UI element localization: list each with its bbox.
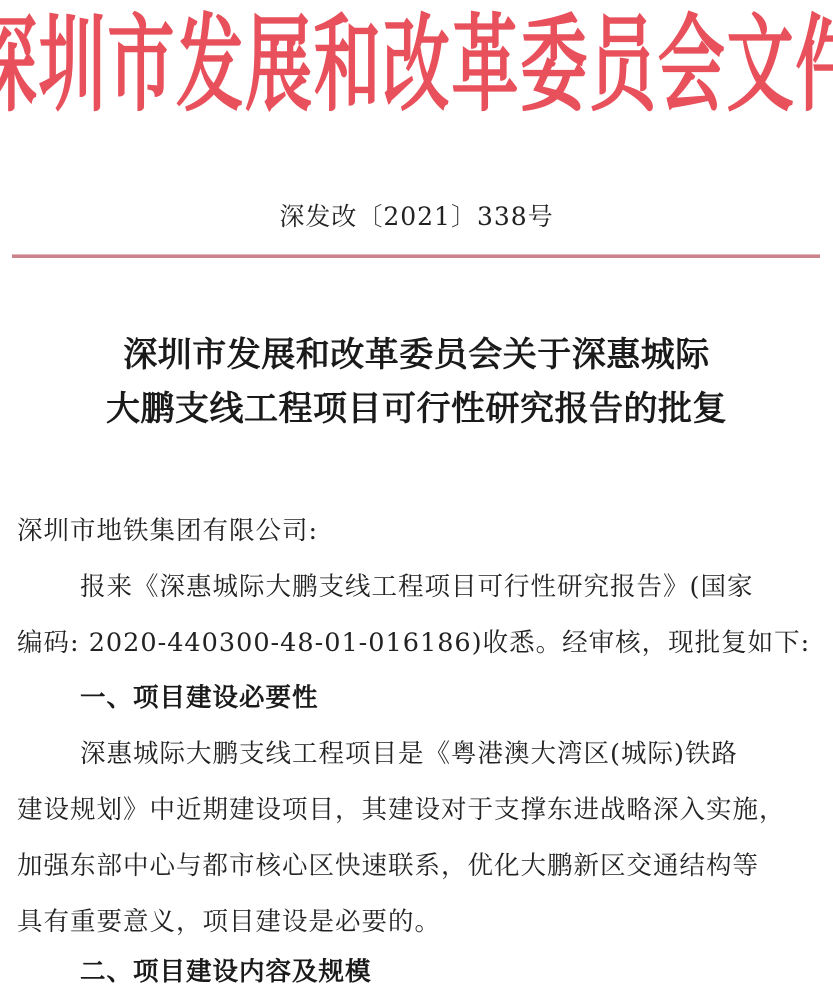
masthead: 深圳市发展和改革委员会文件 [0,6,833,126]
section-heading-2: 二、项目建设内容及规模 [80,952,372,985]
paragraph-line: 加强东部中心与都市核心区快速联系，优化大鹏新区交通结构等 [17,846,817,882]
paragraph-line: 建设规划》中近期建设项目，其建设对于支撑东进战略深入实施， [17,790,817,826]
intro-line-1: 报来《深惠城际大鹏支线工程项目可行性研究报告》(国家 [80,567,820,603]
section-heading-1: 一、项目建设必要性 [80,678,319,714]
red-divider [12,254,820,258]
document-number: 深发改〔2021〕338号 [0,197,833,233]
document-title-line-2: 大鹏支线工程项目可行性研究报告的批复 [0,382,833,436]
document-title-line-1: 深圳市发展和改革委员会关于深惠城际 [0,328,833,382]
paragraph-line: 具有重要意义，项目建设是必要的。 [17,902,817,938]
recipient: 深圳市地铁集团有限公司: [17,511,817,547]
masthead-title: 深圳市发展和改革委员会文件 [0,13,833,118]
intro-line-2: 编码: 2020-440300-48-01-016186)收悉。经审核，现批复如… [17,623,817,659]
paragraph-line: 深惠城际大鹏支线工程项目是《粤港澳大湾区(城际)铁路 [80,734,820,770]
document-title: 深圳市发展和改革委员会关于深惠城际 大鹏支线工程项目可行性研究报告的批复 [0,328,833,436]
